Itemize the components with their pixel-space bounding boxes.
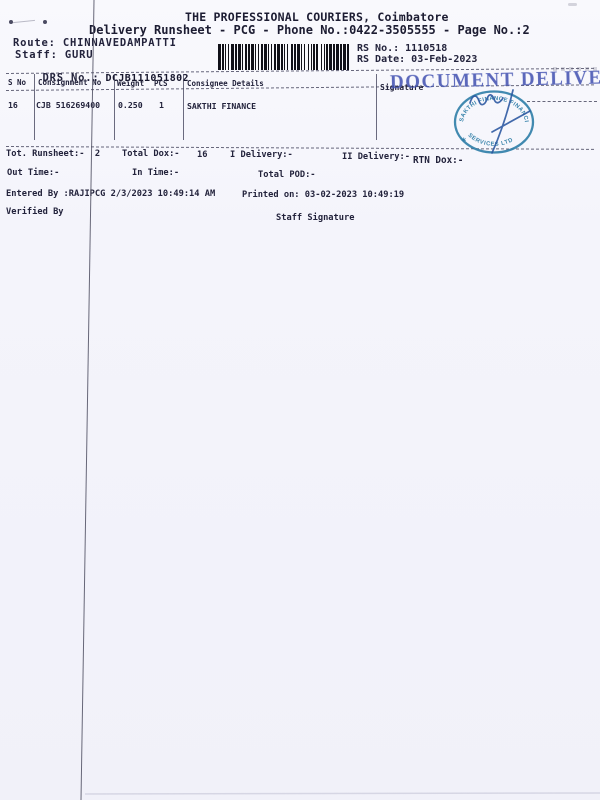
column-rule — [114, 74, 115, 140]
scanned-runsheet-page: THE PROFESSIONAL COURIERS, Coimbatore De… — [0, 0, 600, 800]
column-rule — [183, 74, 184, 140]
row-consignee: SAKTHI FINANCE — [187, 102, 256, 111]
rs-date-field: RS Date: 03-Feb-2023 — [357, 54, 477, 65]
row-sno: 16 — [8, 101, 18, 110]
column-rule — [376, 74, 377, 140]
row-weight: 0.250 — [118, 101, 143, 110]
in-time: In Time:- — [132, 169, 179, 179]
staff-field: Staff: GURU — [15, 50, 93, 62]
verified-by: Verified By — [6, 208, 64, 218]
route-field: Route: CHINNAVEDAMPATTI — [13, 38, 177, 50]
total-runsheet: Tot. Runsheet:- 2 — [6, 150, 100, 160]
barcode-gap — [349, 44, 350, 70]
total-pod: Total POD:- — [258, 171, 316, 181]
row-pcs: 1 — [159, 101, 164, 110]
staff-signature-label: Staff Signature — [276, 214, 354, 224]
rs-no-field: RS No.: 1110518 — [357, 43, 447, 54]
col-header-weight: Weight — [117, 80, 144, 88]
ii-delivery: II Delivery:- — [342, 153, 410, 163]
col-header-consignee: Consignee Details — [187, 80, 264, 88]
total-dox-label: Total Dox:- — [122, 150, 180, 160]
svg-text:SERVICES LTD: SERVICES LTD — [467, 133, 515, 148]
pen-mark-dot — [43, 20, 47, 24]
row-consignment-no: CJB 516269400 — [36, 101, 100, 110]
company-title: THE PROFESSIONAL COURIERS, Coimbatore — [185, 11, 449, 24]
printed-on: Printed on: 03-02-2023 10:49:19 — [242, 191, 404, 201]
column-rule — [34, 74, 35, 140]
out-time: Out Time:- — [7, 169, 59, 179]
col-header-consignment: Consignment No — [38, 79, 101, 87]
runsheet-subtitle: Delivery Runsheet - PCG - Phone No.:0422… — [89, 24, 530, 37]
scan-speck — [568, 3, 577, 6]
i-delivery: I Delivery:- — [230, 151, 293, 161]
total-dox-value: 16 — [197, 151, 207, 161]
col-header-sno: S No — [8, 79, 26, 87]
stamp-arc-bottom-text: SERVICES LTD — [467, 133, 515, 148]
entered-by: Entered By :RAJIPCG 2/3/2023 10:49:14 AM — [6, 190, 215, 200]
pen-mark-stroke — [13, 20, 35, 23]
document-delivery-stamp: DOCUMENT DELIVERY — [390, 66, 600, 95]
col-header-pcs: PCS — [154, 80, 168, 88]
barcode-icon — [218, 44, 353, 70]
stamp-star: * — [461, 137, 466, 147]
